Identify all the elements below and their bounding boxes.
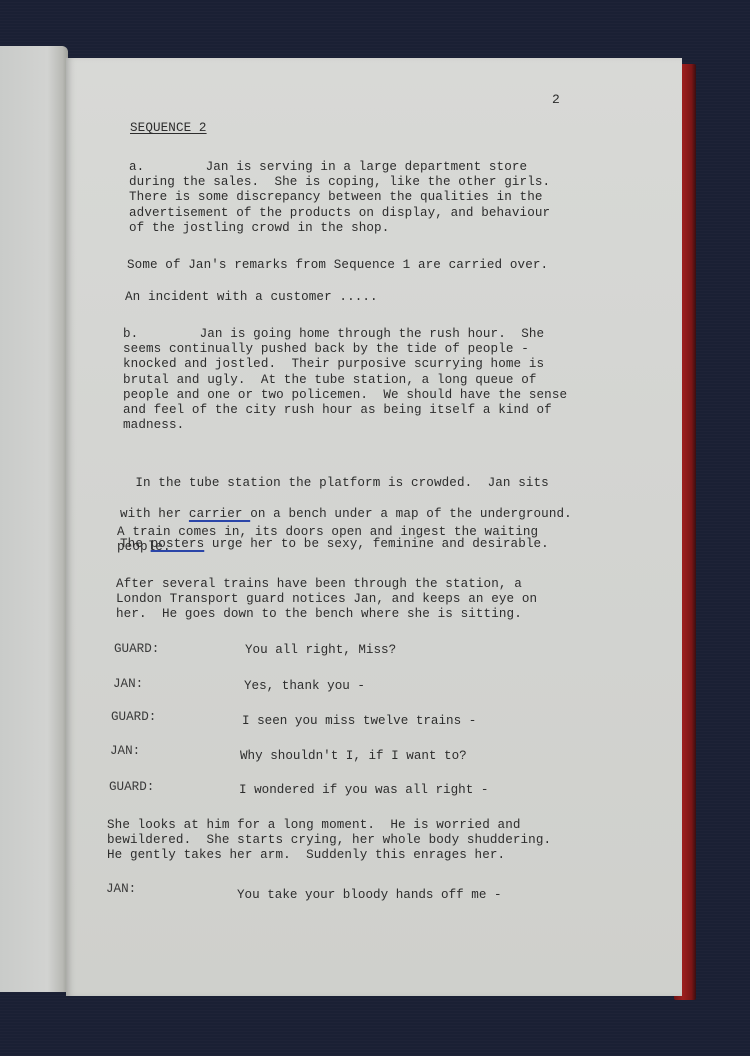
dialogue-line: Yes, thank you - — [244, 679, 365, 693]
dialogue-speaker: GUARD: — [109, 780, 154, 794]
tube-line-2-pre: with her — [120, 507, 189, 521]
paragraph-incident: An incident with a customer ..... — [125, 290, 378, 305]
dialogue-line: I seen you miss twelve trains - — [242, 714, 476, 728]
pen-underlined-carrier: carrier — [189, 507, 250, 521]
final-dialogue-speaker: JAN: — [106, 882, 136, 896]
dialogue-line: You all right, Miss? — [245, 643, 396, 657]
dialogue-speaker: JAN: — [110, 744, 140, 758]
tube-line-1: In the tube station the platform is crow… — [135, 476, 549, 490]
page-number: 2 — [552, 92, 560, 107]
left-page-edge — [0, 46, 68, 992]
paragraph-looks: She looks at him for a long moment. He i… — [107, 818, 551, 864]
paragraph-guard: After several trains have been through t… — [116, 577, 537, 623]
sequence-heading: SEQUENCE 2 — [130, 121, 207, 136]
dialogue-line: I wondered if you was all right - — [239, 783, 488, 797]
paragraph-remarks: Some of Jan's remarks from Sequence 1 ar… — [127, 258, 548, 273]
paragraph-a: a. Jan is serving in a large department … — [129, 160, 550, 236]
final-dialogue-line: You take your bloody hands off me - — [237, 888, 502, 902]
dialogue-speaker: GUARD: — [114, 642, 159, 656]
tube-line-2-post: on a bench under a map of the undergroun… — [250, 507, 572, 521]
paragraph-train: A train comes in, its doors open and ing… — [117, 525, 538, 555]
dialogue-line: Why shouldn't I, if I want to? — [240, 749, 467, 763]
dialogue-speaker: JAN: — [113, 677, 143, 691]
dialogue-speaker: GUARD: — [111, 710, 156, 724]
paragraph-b: b. Jan is going home through the rush ho… — [123, 327, 567, 433]
